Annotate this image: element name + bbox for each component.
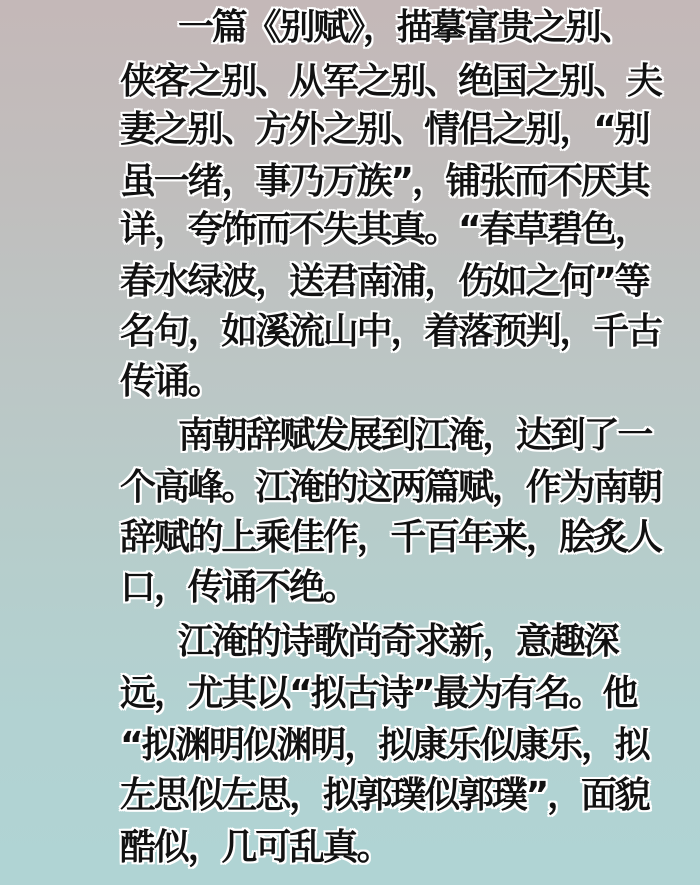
paragraph-3-line-2: 远，尤其以“拟古诗”最为有名。他 bbox=[120, 674, 636, 714]
paragraph-1-line-4: 虽一绪，事乃万族”，铺张而不厌其 bbox=[120, 162, 648, 202]
paragraph-1-line-7: 名句，如溪流山中，着落预判，千古 bbox=[120, 312, 661, 352]
paragraph-1-line-8: 传诵。 bbox=[120, 362, 221, 402]
paragraph-3-line-4: 左思似左思，拟郭璞似郭璞”，面貌 bbox=[120, 776, 648, 816]
paragraph-1-line-5: 详，夸饰而不失其真。“春草碧色， bbox=[120, 210, 648, 250]
paragraph-2-line-3: 辞赋的上乘佳作，千百年来，脍炙人 bbox=[120, 518, 661, 558]
paragraph-1-line-3: 妻之别、方外之别、情侣之别，“别 bbox=[120, 110, 648, 150]
paragraph-2-line-1: 南朝辞赋发展到江淹，达到了一 bbox=[178, 416, 651, 456]
article-page: 一篇《别赋》，描摹富贵之别、 侠客之别、从军之别、绝国之别、夫 妻之别、方外之别… bbox=[0, 0, 700, 885]
paragraph-1-line-2: 侠客之别、从军之别、绝国之别、夫 bbox=[120, 62, 661, 102]
paragraph-1-line-1: 一篇《别赋》，描摹富贵之别、 bbox=[178, 8, 633, 48]
paragraph-3-line-3: “拟渊明似渊明，拟康乐似康乐，拟 bbox=[120, 726, 648, 766]
paragraph-1-line-6: 春水绿波，送君南浦，伤如之何”等 bbox=[120, 262, 648, 302]
paragraph-2-line-4: 口，传诵不绝。 bbox=[120, 568, 357, 608]
paragraph-3-line-5: 酷似，几可乱真。 bbox=[120, 828, 390, 868]
paragraph-3-line-1: 江淹的诗歌尚奇求新，意趣深 bbox=[178, 622, 617, 662]
paragraph-2-line-2: 个高峰。江淹的这两篇赋，作为南朝 bbox=[120, 468, 661, 508]
